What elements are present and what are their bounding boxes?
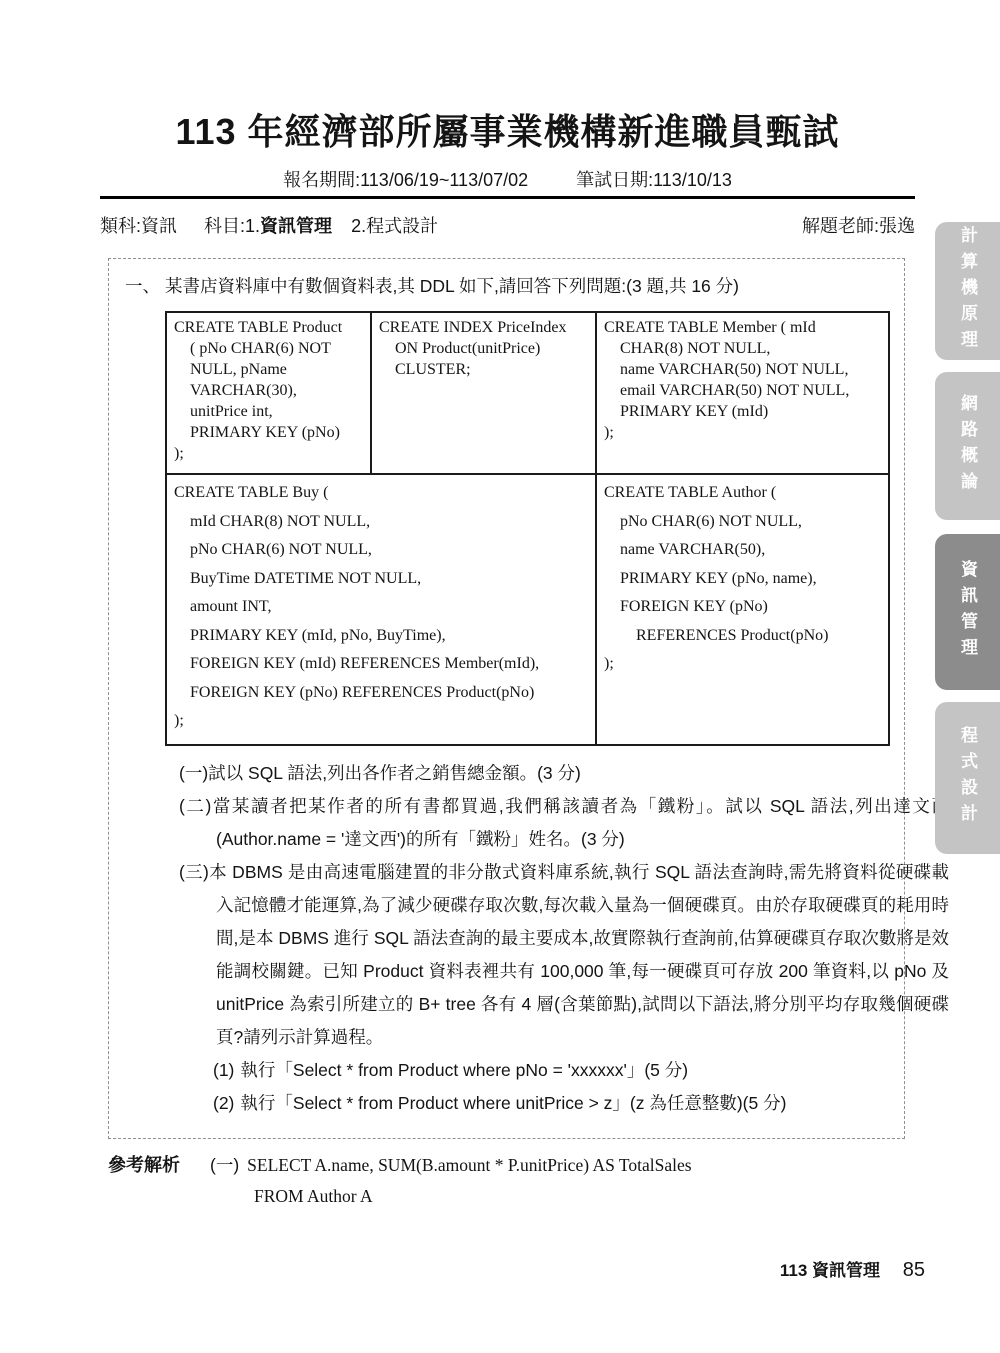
ddl-create-table-author: CREATE TABLE Author ( pNo CHAR(6) NOT NU… <box>596 474 889 745</box>
subject-rest: 2.程式設計 <box>351 216 438 236</box>
solution-marker: (一) <box>210 1155 239 1175</box>
side-tab-computer-principles: 計算機原理 <box>935 222 1000 360</box>
exam-dates-line: 報名期間:113/06/19~113/07/02 筆試日期:113/10/13 <box>100 166 915 192</box>
registration-period: 報名期間:113/06/19~113/07/02 <box>283 166 528 192</box>
reference-solution: 參考解析 (一)SELECT A.name, SUM(B.amount * P.… <box>108 1150 692 1212</box>
subquestion-1: (一)試以 SQL 語法,列出各作者之銷售總金額。(3 分) <box>179 757 949 790</box>
subquestion-1-text: 試以 SQL 語法,列出各作者之銷售總金額。(3 分) <box>208 763 581 783</box>
side-tab-information-management: 資訊管理 <box>935 534 1000 690</box>
meta-row: 類科:資訊 科目:1.資訊管理 2.程式設計 解題老師:張逸 <box>100 212 915 238</box>
solution-body: (一)SELECT A.name, SUM(B.amount * P.unitP… <box>210 1150 692 1212</box>
item-2-text: 執行「Select * from Product where unitPrice… <box>240 1093 786 1113</box>
solver-name: 解題老師:張逸 <box>802 212 915 238</box>
footer-book-label: 113 資訊管理 <box>780 1261 880 1280</box>
category-and-subjects: 類科:資訊 科目:1.資訊管理 2.程式設計 <box>100 212 460 238</box>
ddl-row-2: CREATE TABLE Buy ( mId CHAR(8) NOT NULL,… <box>166 474 889 745</box>
numbered-item-list: (1)執行「Select * from Product where pNo = … <box>213 1054 898 1120</box>
subject-prefix: 科目:1. <box>204 216 260 236</box>
solution-line-1: (一)SELECT A.name, SUM(B.amount * P.unitP… <box>210 1150 692 1181</box>
ddl-create-index-priceindex: CREATE INDEX PriceIndex ON Product(unitP… <box>371 312 596 474</box>
subquestion-2-marker: (二) <box>179 796 211 816</box>
footer-page-number: 85 <box>903 1259 925 1281</box>
numbered-item-2: (2)執行「Select * from Product where unitPr… <box>213 1087 898 1120</box>
solution-sql-select: SELECT A.name, SUM(B.amount * P.unitPric… <box>247 1155 691 1175</box>
category-label: 類科:資訊 <box>100 216 177 236</box>
question-stem-text: 某書店資料庫中有數個資料表,其 DDL 如下,請回答下列問題:(3 題,共 16… <box>165 270 898 302</box>
question-stem: 一、 某書店資料庫中有數個資料表,其 DDL 如下,請回答下列問題:(3 題,共… <box>125 270 898 302</box>
side-tab-network-overview: 網路概論 <box>935 372 1000 520</box>
ddl-create-table-member: CREATE TABLE Member ( mId CHAR(8) NOT NU… <box>596 312 889 474</box>
ddl-table: CREATE TABLE Product ( pNo CHAR(6) NOT N… <box>165 311 890 746</box>
subquestion-1-marker: (一) <box>179 763 208 783</box>
subquestion-3: (三)本 DBMS 是由高速電腦建置的非分散式資料庫系統,執行 SQL 語法查詢… <box>179 856 949 1054</box>
written-exam-date: 筆試日期:113/10/13 <box>576 166 732 192</box>
subquestion-3-marker: (三) <box>179 862 209 882</box>
solution-line-2: FROM Author A <box>254 1181 692 1212</box>
question-number: 一、 <box>125 270 165 302</box>
subquestion-list: (一)試以 SQL 語法,列出各作者之銷售總金額。(3 分) (二)當某讀者把某… <box>125 757 898 1120</box>
ddl-create-table-buy: CREATE TABLE Buy ( mId CHAR(8) NOT NULL,… <box>166 474 596 745</box>
page-title: 113 年經濟部所屬事業機構新進職員甄試 <box>100 104 915 155</box>
side-tab-programming: 程式設計 <box>935 702 1000 854</box>
header-divider <box>100 196 915 199</box>
item-1-text: 執行「Select * from Product where pNo = 'xx… <box>240 1060 688 1080</box>
subquestion-3-text: 本 DBMS 是由高速電腦建置的非分散式資料庫系統,執行 SQL 語法查詢時,需… <box>209 862 949 1047</box>
item-1-marker: (1) <box>213 1060 234 1080</box>
subject-bold: 資訊管理 <box>260 216 332 236</box>
item-2-marker: (2) <box>213 1093 234 1113</box>
subquestion-2: (二)當某讀者把某作者的所有書都買過,我們稱該讀者為「鐵粉」。試以 SQL 語法… <box>179 790 949 856</box>
exam-solution-page: 113 年經濟部所屬事業機構新進職員甄試 報名期間:113/06/19~113/… <box>0 0 1000 1353</box>
subquestion-2-text: 當某讀者把某作者的所有書都買過,我們稱該讀者為「鐵粉」。試以 SQL 語法,列出… <box>211 796 949 849</box>
ddl-row-1: CREATE TABLE Product ( pNo CHAR(6) NOT N… <box>166 312 889 474</box>
solution-label: 參考解析 <box>108 1150 210 1212</box>
page-footer: 113 資訊管理 85 <box>100 1256 925 1282</box>
question-box: 一、 某書店資料庫中有數個資料表,其 DDL 如下,請回答下列問題:(3 題,共… <box>108 258 905 1139</box>
ddl-create-table-product: CREATE TABLE Product ( pNo CHAR(6) NOT N… <box>166 312 371 474</box>
numbered-item-1: (1)執行「Select * from Product where pNo = … <box>213 1054 898 1087</box>
